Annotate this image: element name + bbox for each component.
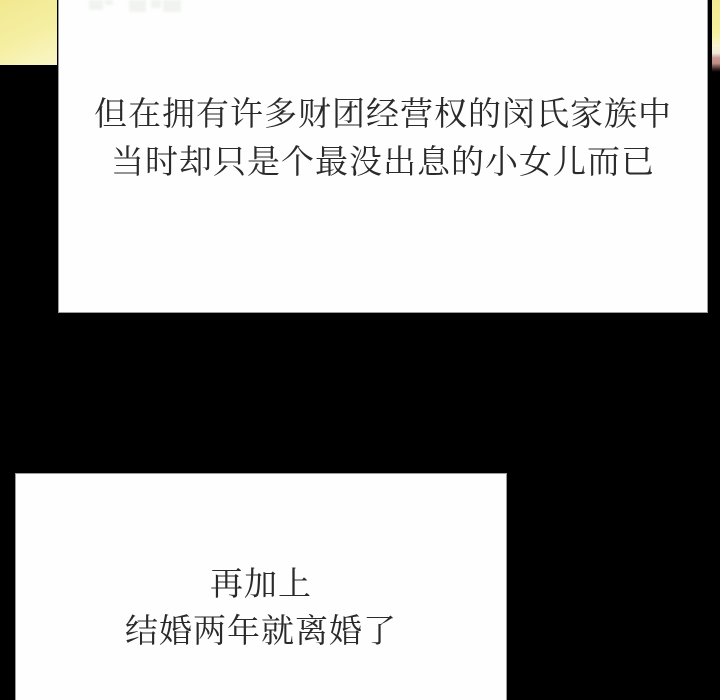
top-left-art-fragment [0, 0, 57, 65]
comic-page: 但在拥有许多财团经营权的闵氏家族中 当时却只是个最没出息的小女儿而已 再加上 结… [0, 0, 720, 700]
cutoff-text-remnant [105, 0, 113, 5]
caption-line: 当时却只是个最没出息的小女儿而已 [59, 138, 707, 186]
top-caption-panel: 但在拥有许多财团经营权的闵氏家族中 当时却只是个最没出息的小女儿而已 [58, 0, 708, 313]
caption-line: 但在拥有许多财团经营权的闵氏家族中 [59, 90, 707, 138]
caption-line: 再加上 [16, 560, 506, 607]
cutoff-text-remnant [163, 0, 181, 12]
bottom-caption-panel: 再加上 结婚两年就离婚了 [15, 473, 507, 700]
caption-line: 结婚两年就离婚了 [16, 607, 506, 654]
cutoff-text-remnant [129, 0, 146, 12]
cutoff-text-remnant [89, 0, 103, 10]
cutoff-text-remnant [151, 0, 161, 8]
right-edge-art-fragment [712, 0, 720, 72]
